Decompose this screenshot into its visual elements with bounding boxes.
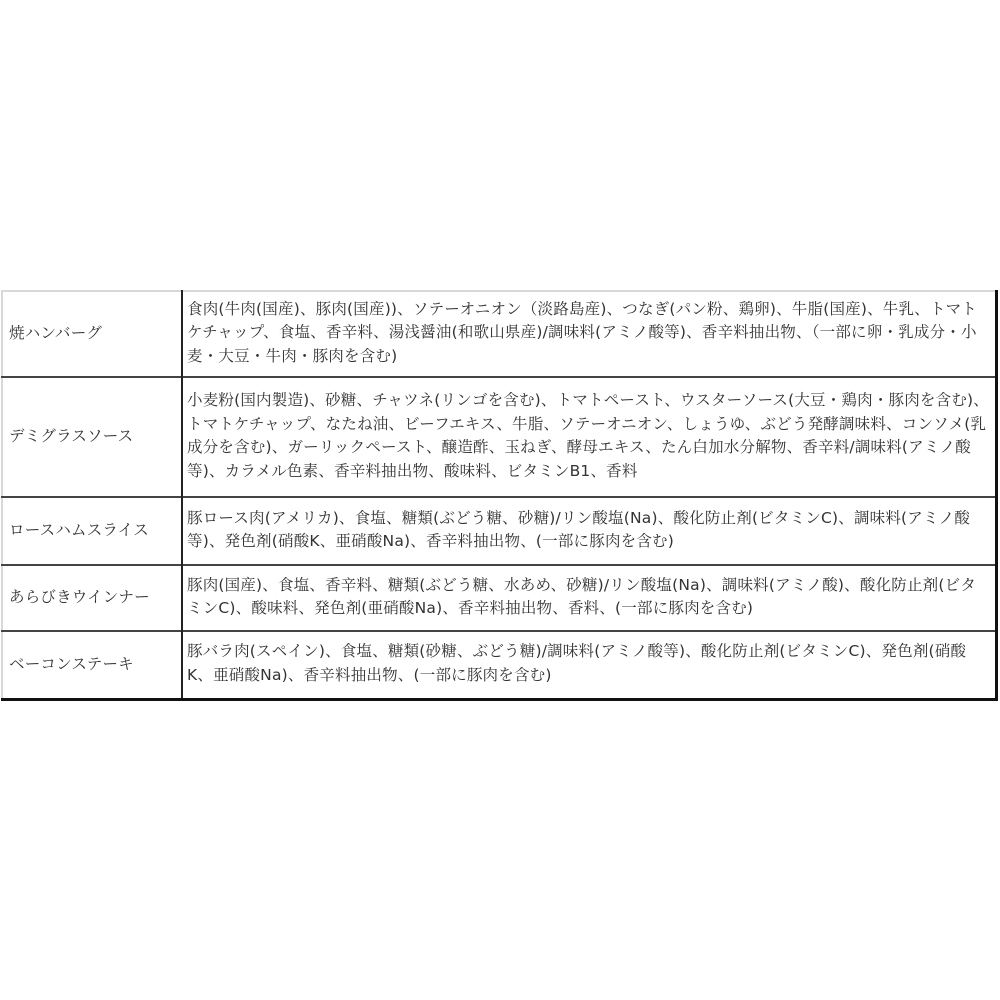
table-row: ロースハムスライス 豚ロース肉(アメリカ)、食塩、糖類(ぶどう糖、砂糖)/リン酸…	[2, 497, 997, 565]
product-name-cell: あらびきウインナー	[2, 565, 182, 631]
ingredients-table: 焼ハンバーグ 食肉(牛肉(国産)、豚肉(国産))、ソテーオニオン（淡路島産)、つ…	[1, 290, 998, 701]
ingredients-cell: 豚ロース肉(アメリカ)、食塩、糖類(ぶどう糖、砂糖)/リン酸塩(Na)、酸化防止…	[182, 497, 997, 565]
ingredients-cell: 食肉(牛肉(国産)、豚肉(国産))、ソテーオニオン（淡路島産)、つなぎ(パン粉、…	[182, 291, 997, 377]
table-row: あらびきウインナー 豚肉(国産)、食塩、香辛料、糖類(ぶどう糖、水あめ、砂糖)/…	[2, 565, 997, 631]
ingredients-cell: 豚バラ肉(スペイン)、食塩、糖類(砂糖、ぶどう糖)/調味料(アミノ酸等)、酸化防…	[182, 631, 997, 699]
product-name-cell: ロースハムスライス	[2, 497, 182, 565]
product-name-cell: デミグラスソース	[2, 377, 182, 497]
product-name-cell: 焼ハンバーグ	[2, 291, 182, 377]
product-name-cell: ベーコンステーキ	[2, 631, 182, 699]
ingredients-cell: 小麦粉(国内製造)、砂糖、チャツネ(リンゴを含む)、トマトペースト、ウスターソー…	[182, 377, 997, 497]
table-row: 焼ハンバーグ 食肉(牛肉(国産)、豚肉(国産))、ソテーオニオン（淡路島産)、つ…	[2, 291, 997, 377]
ingredients-cell: 豚肉(国産)、食塩、香辛料、糖類(ぶどう糖、水あめ、砂糖)/リン酸塩(Na)、調…	[182, 565, 997, 631]
table-row: ベーコンステーキ 豚バラ肉(スペイン)、食塩、糖類(砂糖、ぶどう糖)/調味料(ア…	[2, 631, 997, 699]
table-row: デミグラスソース 小麦粉(国内製造)、砂糖、チャツネ(リンゴを含む)、トマトペー…	[2, 377, 997, 497]
